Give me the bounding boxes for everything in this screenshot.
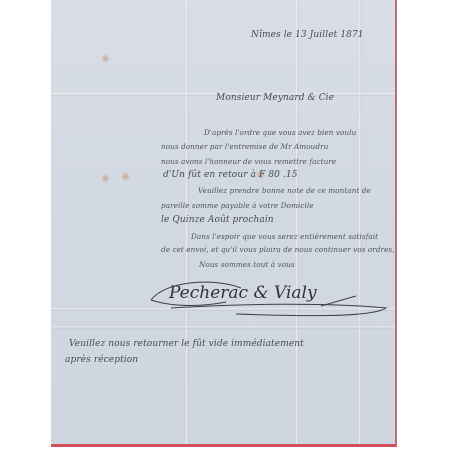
letter-paper: Nîmes le 13 Juillet 1871 Monsieur Meynar…: [51, 0, 397, 447]
body-line: nous donner par l'entremise de Mr Amoudr…: [161, 142, 328, 151]
body-line-closing: Nous sommes tout à vous: [199, 260, 295, 269]
fold-crease-horizontal: [51, 326, 395, 329]
signature: Pecherac & Vialy: [169, 283, 317, 303]
stain-mark: [101, 174, 110, 183]
body-line: Veuillez prendre bonne note de ce montan…: [198, 186, 371, 195]
body-line-due-date: le Quinze Août prochain: [161, 215, 274, 225]
stain-mark: [101, 54, 110, 63]
body-line: de cet envoi, et qu'il vous plaira de no…: [161, 245, 395, 254]
postscript-line: Veuillez nous retourner le fût vide immé…: [69, 339, 304, 349]
fold-crease-vertical: [296, 0, 299, 444]
body-line: Dans l'espoir que vous serez entièrement…: [191, 232, 378, 241]
stain-mark: [121, 172, 130, 181]
body-line: nous avons l'honneur de vous remettre fa…: [161, 157, 336, 166]
salutation: Monsieur Meynard & Cie: [216, 93, 334, 103]
fold-crease-vertical: [359, 0, 362, 444]
date-line: Nîmes le 13 Juillet 1871: [251, 30, 364, 40]
body-line-amount: d'Un fût en retour à F 80 .15: [163, 170, 298, 180]
postscript-line: après réception: [65, 355, 138, 365]
body-line: pareille somme payable à votre Domicile: [161, 201, 314, 210]
body-line: D'après l'ordre que vous avez bien voulu: [204, 128, 356, 137]
